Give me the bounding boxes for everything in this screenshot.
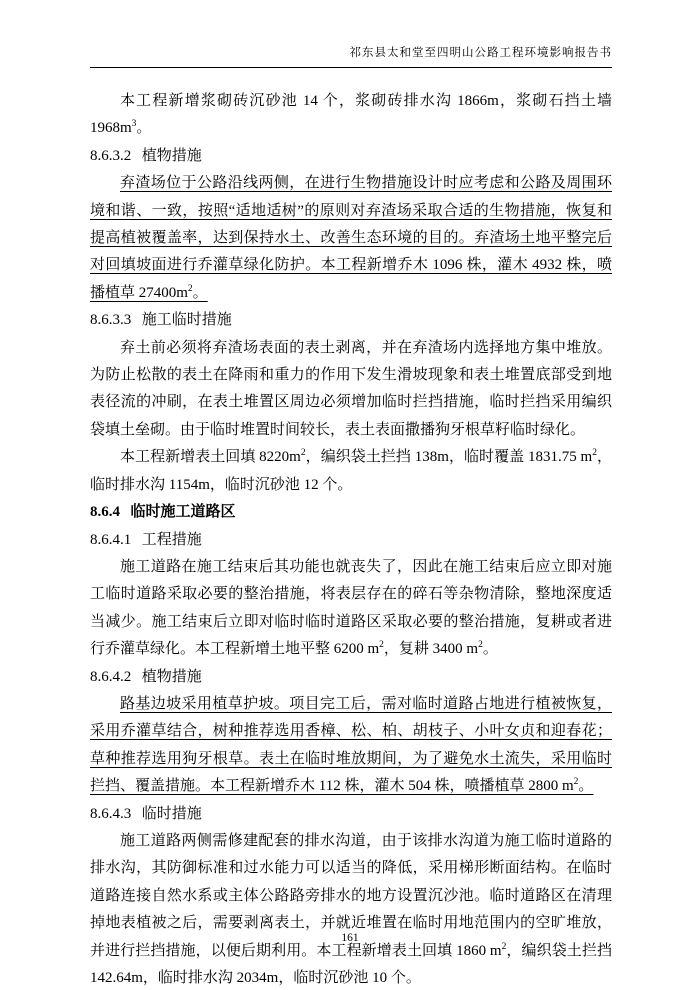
heading-title: 植物措施 — [142, 669, 202, 685]
superscript: 2 — [188, 284, 193, 294]
superscript: 3 — [132, 119, 137, 129]
heading-title: 临时施工道路区 — [131, 504, 236, 520]
superscript: 2 — [574, 777, 579, 787]
document-body: 本工程新增浆砌砖沉砂池 14 个，浆砌砖排水沟 1866m，浆砌石挡土墙 196… — [90, 88, 612, 990]
heading-number: 8.6.4 — [90, 504, 120, 520]
paragraph: 本工程新增表土回填 8220m2，编织袋土拦挡 138m，临时覆盖 1831.7… — [90, 444, 612, 499]
superscript: 2 — [592, 448, 597, 458]
heading-number: 8.6.4.3 — [90, 806, 131, 822]
paragraph: 弃土前必须将弃渣场表面的表土剥离，并在弃渣场内选择地方集中堆放。为防止松散的表土… — [90, 335, 612, 445]
superscript: 2 — [379, 640, 384, 650]
page-header: 祁东县太和堂至四明山公路工程环境影响报告书 — [90, 44, 612, 68]
section-heading: 8.6.4.2植物措施 — [90, 664, 612, 691]
section-heading: 8.6.4临时施工道路区 — [90, 499, 612, 526]
heading-title: 工程措施 — [142, 532, 202, 548]
paragraph: 施工道路两侧需修建配套的排水沟道，由于该排水沟道为施工临时道路的排水沟，其防御标… — [90, 828, 612, 990]
header-title: 祁东县太和堂至四明山公路工程环境影响报告书 — [350, 47, 613, 59]
heading-number: 8.6.4.1 — [90, 532, 131, 548]
section-heading: 8.6.4.3临时措施 — [90, 801, 612, 828]
paragraph: 路基边坡采用植草护坡。项目完工后，需对临时道路占地进行植被恢复，采用乔灌草结合，… — [90, 691, 612, 801]
section-heading: 8.6.4.1工程措施 — [90, 527, 612, 554]
paragraph: 本工程新增浆砌砖沉砂池 14 个，浆砌砖排水沟 1866m，浆砌石挡土墙 196… — [90, 88, 612, 143]
heading-number: 8.6.4.2 — [90, 669, 131, 685]
paragraph: 施工道路在施工结束后其功能也就丧失了，因此在施工结束后应立即对施工临时道路采取必… — [90, 554, 612, 664]
heading-title: 植物措施 — [142, 148, 202, 164]
superscript: 2 — [478, 640, 483, 650]
heading-number: 8.6.3.2 — [90, 148, 131, 164]
document-page: 祁东县太和堂至四明山公路工程环境影响报告书 本工程新增浆砌砖沉砂池 14 个，浆… — [0, 0, 700, 990]
section-heading: 8.6.3.3施工临时措施 — [90, 307, 612, 334]
page-number: 161 — [341, 932, 358, 944]
heading-number: 8.6.3.3 — [90, 312, 131, 328]
heading-title: 施工临时措施 — [142, 312, 232, 328]
superscript: 2 — [301, 448, 306, 458]
page-footer: 161 — [0, 932, 700, 944]
paragraph: 弃渣场位于公路沿线两侧，在进行生物措施设计时应考虑和公路及周围环境和谐、一致，按… — [90, 170, 612, 307]
heading-title: 临时措施 — [142, 806, 202, 822]
section-heading: 8.6.3.2植物措施 — [90, 143, 612, 170]
